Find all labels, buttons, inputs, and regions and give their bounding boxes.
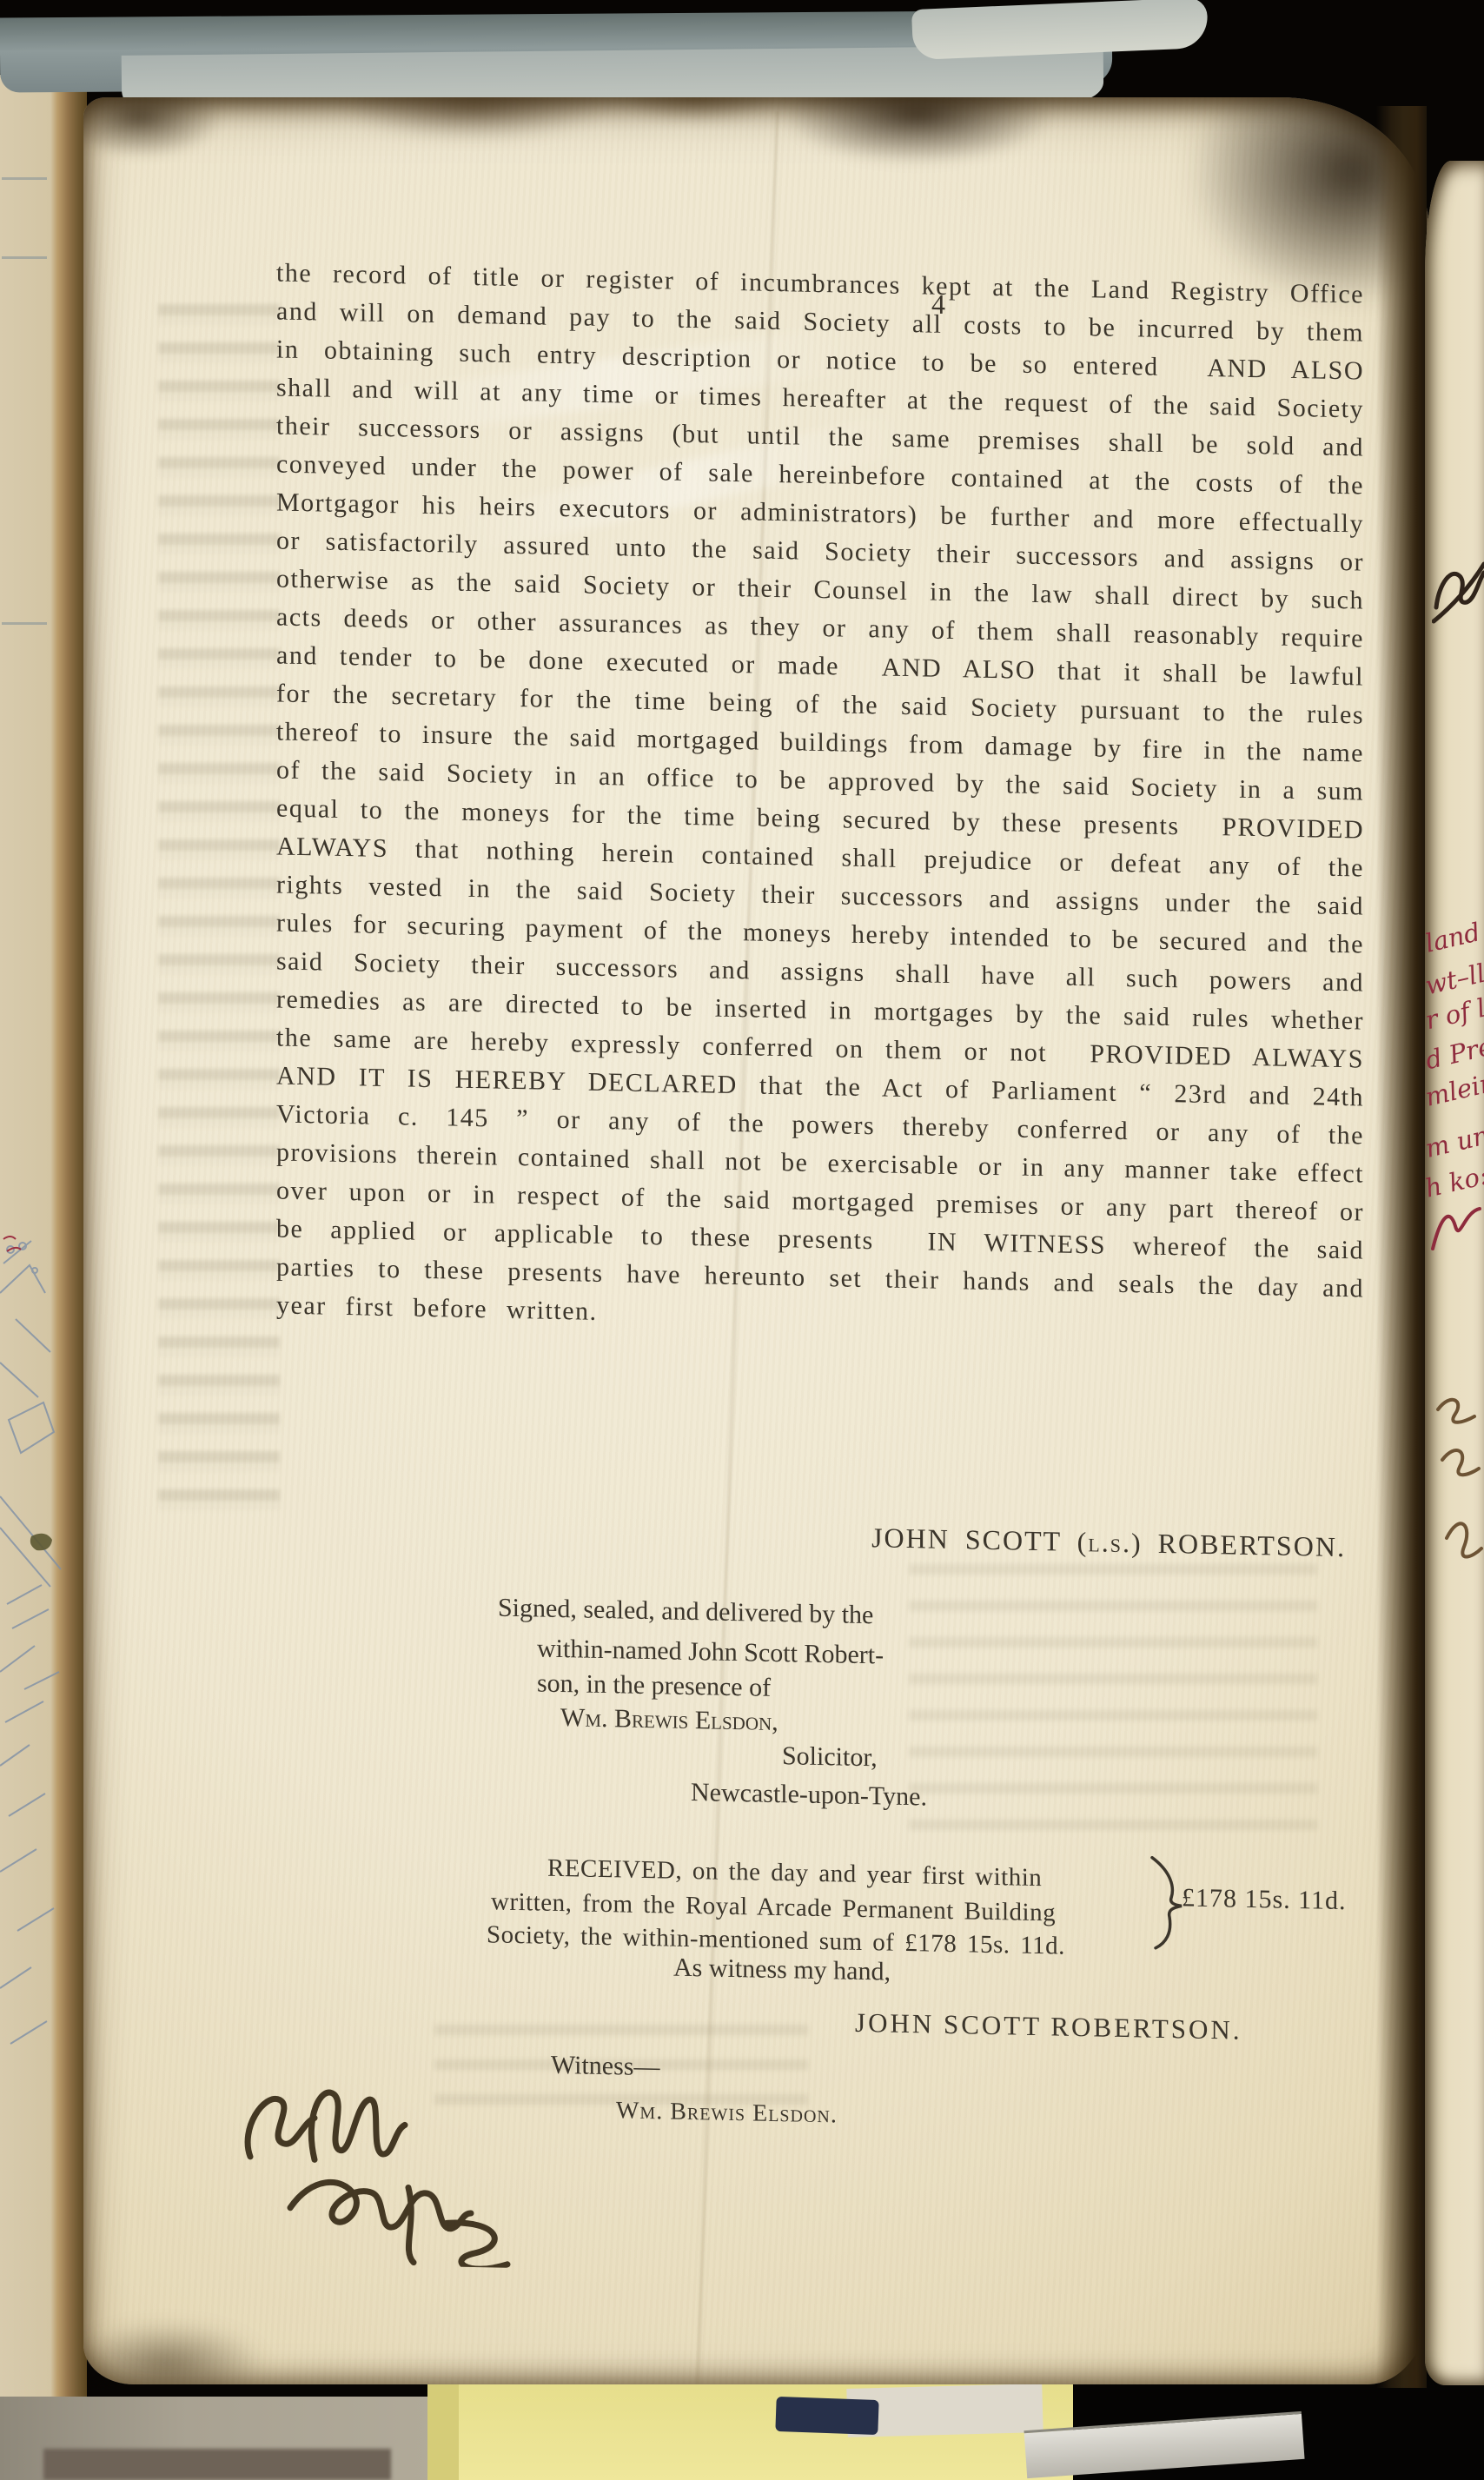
yellow-note-edge bbox=[427, 2383, 459, 2480]
table-surface-shadow bbox=[43, 2449, 391, 2480]
signatory-name-prefix: JOHN SCOTT bbox=[871, 1522, 1077, 1557]
witness-signature-name: Wm. Brewis Elsdon. bbox=[616, 2097, 838, 2129]
receipt-signatory: JOHN SCOTT ROBERTSON. bbox=[855, 2007, 1242, 2046]
margin-handwriting-fragment: land bbox=[1422, 917, 1483, 958]
ink-flourish bbox=[1432, 554, 1484, 633]
as-witness-line: As witness my hand, bbox=[673, 1953, 891, 1987]
next-page-edge: land wt–ll r of la d Prea mlein m un h k… bbox=[1425, 161, 1484, 2385]
signatory-name-suffix: ROBERTSON. bbox=[1143, 1527, 1346, 1562]
receipt-line: RECEIVED, on the day and year first with… bbox=[547, 1854, 1042, 1893]
attestation-line: son, in the presence of bbox=[537, 1668, 771, 1702]
attestation-line: within-named John Scott Robert- bbox=[537, 1634, 884, 1670]
spine-stitch-line bbox=[2, 256, 47, 259]
attesting-witness-place: Newcastle-upon-Tyne. bbox=[691, 1778, 927, 1812]
red-ink-flourish bbox=[1429, 1204, 1484, 1256]
brown-ink-marks bbox=[1429, 1390, 1484, 1616]
margin-handwriting-fragment: h ko: bbox=[1422, 1160, 1484, 1203]
receipt-amount: £178 15s. 11d. bbox=[1182, 1883, 1347, 1916]
spine-stitch-line bbox=[2, 177, 47, 180]
seal-abbreviation: (l.s.) bbox=[1077, 1526, 1143, 1559]
attestation-line: Signed, sealed, and delivered by the bbox=[498, 1594, 873, 1631]
margin-handwriting-fragment: m un bbox=[1422, 1120, 1484, 1164]
receipt-brace bbox=[1145, 1856, 1185, 1951]
witness-label: Witness— bbox=[551, 2051, 659, 2083]
margin-handwriting-fragment: d Prea bbox=[1422, 1028, 1484, 1076]
book-photo: { "document": { "page_number": "4", "bod… bbox=[0, 0, 1484, 2480]
attesting-witness-name: Wm. Brewis Elsdon, bbox=[560, 1703, 778, 1737]
deed-body-text: the record of title or register of incum… bbox=[276, 254, 1364, 1346]
blue-cover-fragment bbox=[775, 2397, 878, 2435]
map-plot-lines bbox=[0, 1236, 63, 2139]
spine-stitch-line bbox=[2, 622, 47, 625]
ink-signature bbox=[238, 2054, 533, 2269]
map-edge bbox=[0, 1236, 63, 2139]
executed-signature-line: JOHN SCOTT (l.s.) ROBERTSON. bbox=[805, 1521, 1413, 1565]
paper-curl-edge bbox=[911, 0, 1209, 60]
attesting-witness-title: Solicitor, bbox=[782, 1741, 878, 1773]
printed-text-layer: 4 the record of title or register of inc… bbox=[83, 97, 1428, 2411]
